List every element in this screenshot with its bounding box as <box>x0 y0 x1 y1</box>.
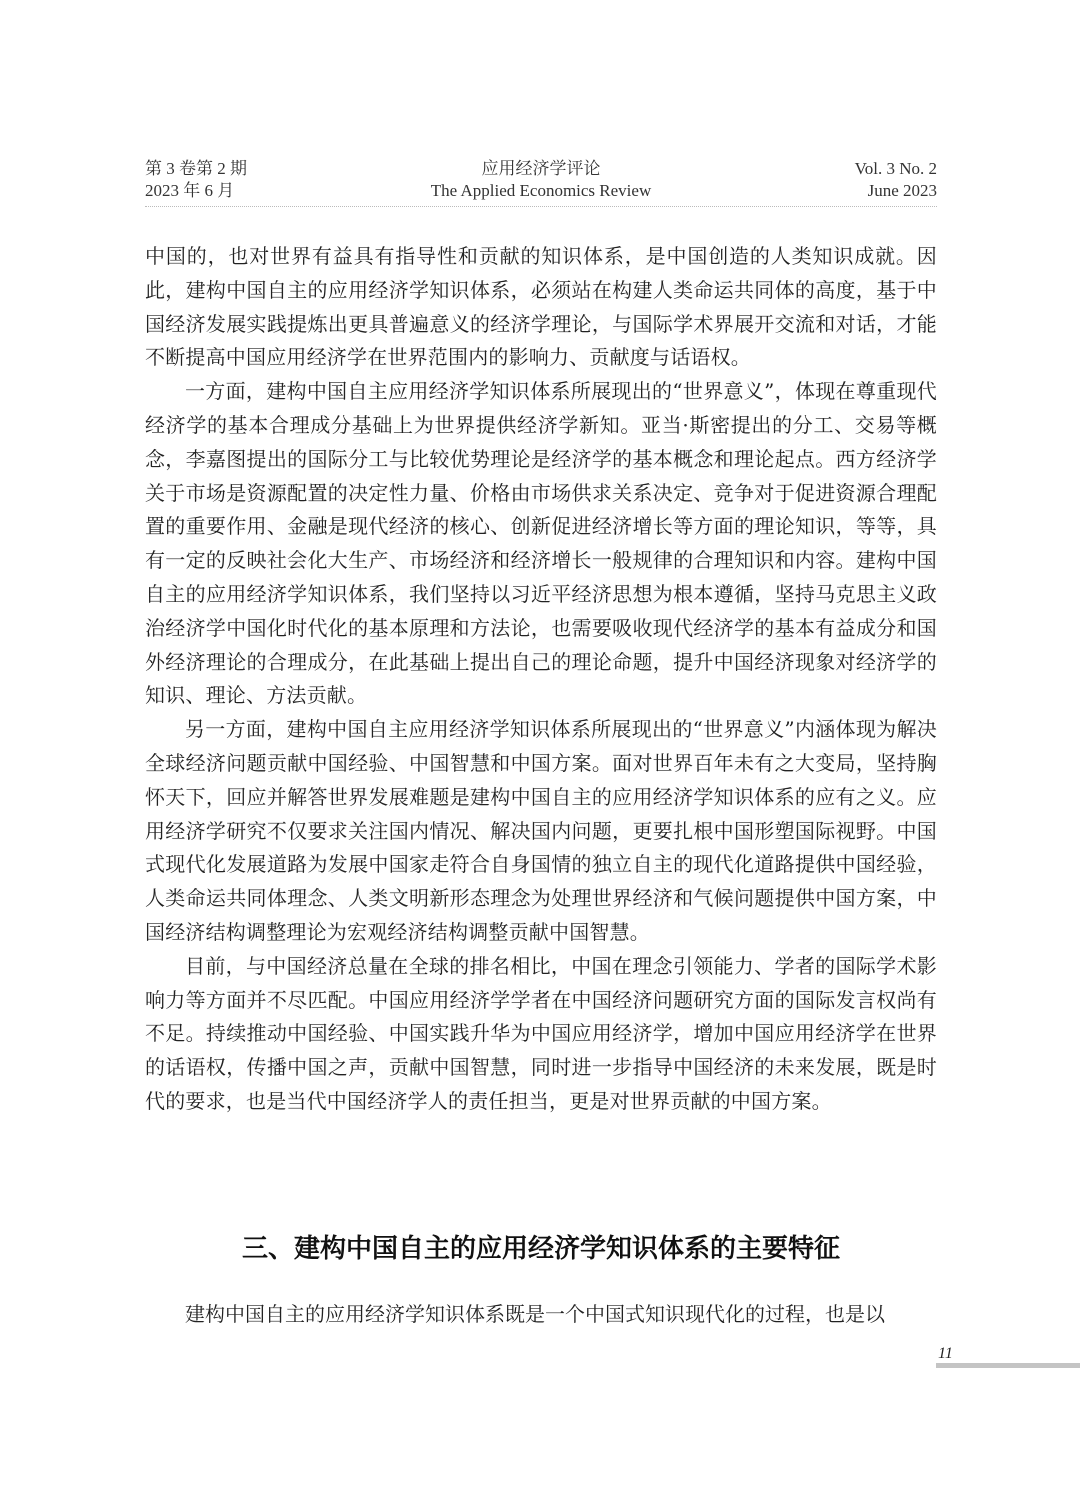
paragraph: 目前，与中国经济总量在全球的排名相比，中国在理念引领能力、学者的国际学术影响力等… <box>145 950 937 1119</box>
journal-title-cn: 应用经济学评论 <box>145 158 937 180</box>
volume-issue-en: Vol. 3 No. 2 <box>855 158 937 180</box>
paragraph: 另一方面，建构中国自主应用经济学知识体系所展现出的“世界意义”内涵体现为解决全球… <box>145 713 937 950</box>
issue-info-en: Vol. 3 No. 2 June 2023 <box>855 158 937 202</box>
paragraph-start: 建构中国自主的应用经济学知识体系既是一个中国式知识现代化的过程，也是以 <box>145 1297 937 1331</box>
issue-date-en: June 2023 <box>855 180 937 202</box>
paragraph: 一方面，建构中国自主应用经济学知识体系所展现出的“世界意义”，体现在尊重现代经济… <box>145 375 937 713</box>
running-header: 第 3 卷第 2 期 2023 年 6 月 应用经济学评论 The Applie… <box>145 158 937 207</box>
page-footer-bar <box>936 1363 1080 1368</box>
article-body: 中国的，也对世界有益具有指导性和贡献的知识体系，是中国创造的人类知识成就。因此，… <box>145 240 937 1119</box>
page-number: 11 <box>938 1345 953 1363</box>
paragraph-continued: 中国的，也对世界有益具有指导性和贡献的知识体系，是中国创造的人类知识成就。因此，… <box>145 240 937 375</box>
journal-title: 应用经济学评论 The Applied Economics Review <box>145 158 937 202</box>
section-heading: 三、建构中国自主的应用经济学知识体系的主要特征 <box>145 1228 937 1265</box>
journal-title-en: The Applied Economics Review <box>145 180 937 202</box>
